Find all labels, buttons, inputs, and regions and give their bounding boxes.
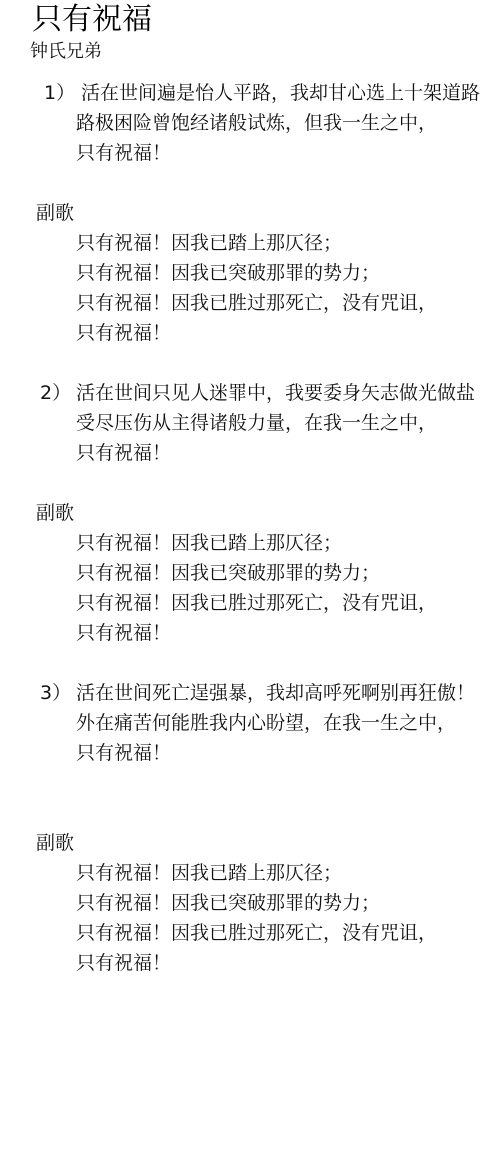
verse-number: 1） [44,80,75,106]
verse-line: 活在世间遍是怡人平路，我却甘心选上十架道路 [81,80,480,106]
verse-line: 活在世间只见人迷罪中，我要委身矢志做光做盐 [76,380,475,406]
verse-line: 路极困险曾饱经诸般试炼，但我一生之中， [76,110,437,136]
verse-line: 外在痛苦何能胜我内心盼望，在我一生之中， [76,710,456,736]
verse-number: 2） [40,380,71,406]
verse-number: 3） [40,680,71,706]
chorus-line: 只有祝福！因我已胜过那死亡，没有咒诅， [76,920,437,946]
chorus-line: 只有祝福！因我已突破那罪的势力； [76,260,380,286]
chorus-label: 副歌 [36,830,74,856]
chorus-line: 只有祝福！因我已突破那罪的势力； [76,560,380,586]
verse-line: 只有祝福！ [76,140,171,166]
verse-line: 活在世间死亡逞强暴，我却高呼死啊别再狂傲！ [76,680,475,706]
chorus-label: 副歌 [36,500,74,526]
chorus-line: 只有祝福！ [76,320,171,346]
chorus-line: 只有祝福！因我已踏上那仄径； [76,230,342,256]
verse-line: 只有祝福！ [76,440,171,466]
chorus-label: 副歌 [36,200,74,226]
chorus-line: 只有祝福！因我已踏上那仄径； [76,530,342,556]
chorus-line: 只有祝福！ [76,950,171,976]
chorus-line: 只有祝福！因我已踏上那仄径； [76,860,342,886]
song-title: 只有祝福 [32,2,152,38]
chorus-line: 只有祝福！ [76,620,171,646]
chorus-line: 只有祝福！因我已胜过那死亡，没有咒诅， [76,290,437,316]
verse-line: 受尽压伤从主得诸般力量，在我一生之中， [76,410,437,436]
chorus-line: 只有祝福！因我已胜过那死亡，没有咒诅， [76,590,437,616]
verse-line: 只有祝福！ [76,740,171,766]
chorus-line: 只有祝福！因我已突破那罪的势力； [76,890,380,916]
song-author: 钟氏兄弟 [30,40,102,64]
